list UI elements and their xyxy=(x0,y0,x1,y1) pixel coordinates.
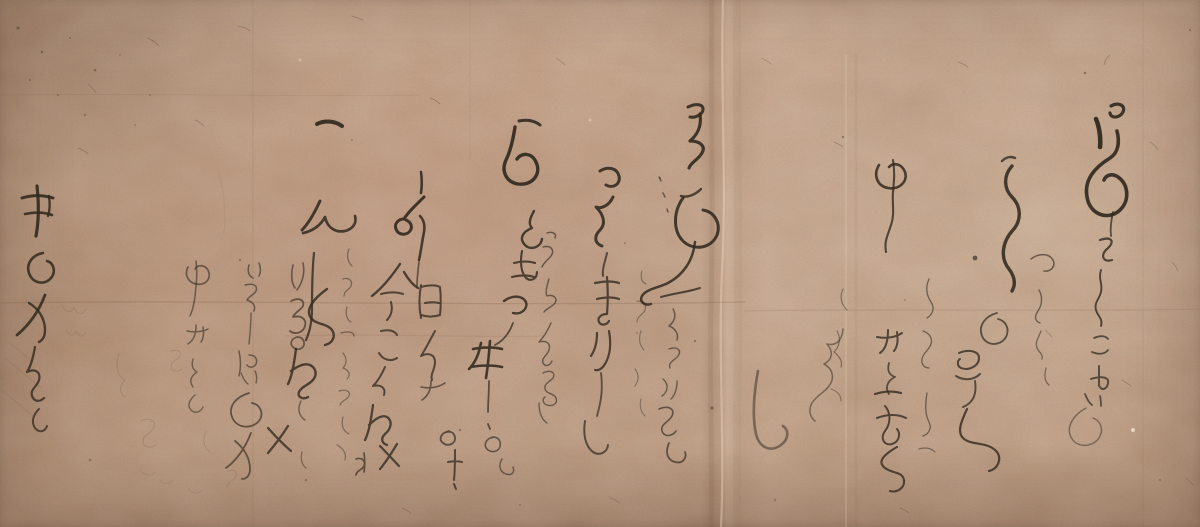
ink-speckle xyxy=(84,114,86,116)
ink-speckle xyxy=(1159,479,1161,481)
ink-speckle xyxy=(94,69,97,72)
crease-line xyxy=(710,0,712,527)
ink-speckle xyxy=(519,504,521,506)
ink-speckle xyxy=(1189,29,1191,31)
ink-speckle xyxy=(694,340,696,342)
white-speck xyxy=(1131,428,1135,432)
ink-speckle xyxy=(624,242,626,244)
ink-speckle xyxy=(134,124,136,126)
ink-speckle xyxy=(29,79,31,81)
ink-speckle xyxy=(459,429,461,431)
ink-speckle xyxy=(774,499,776,501)
ink-speckle xyxy=(17,27,20,30)
ink-speckle xyxy=(1084,72,1087,75)
ink-speckle xyxy=(351,139,353,141)
crease-line xyxy=(737,0,738,527)
white-speck xyxy=(299,59,302,62)
ink-speckle xyxy=(710,406,713,409)
paper-grain-texture xyxy=(0,0,1200,527)
ink-speckle xyxy=(57,94,59,96)
ink-speckle xyxy=(41,51,43,53)
ink-speckle xyxy=(89,459,92,462)
ink-speckle xyxy=(239,259,241,261)
ink-speckle xyxy=(973,256,978,261)
ink-speckle xyxy=(636,332,638,334)
calligraphy-layer xyxy=(0,0,1200,527)
ink-speckle xyxy=(305,479,308,482)
white-speck xyxy=(589,119,592,122)
ink-speckle xyxy=(119,54,121,56)
ink-speckle xyxy=(842,136,844,138)
ink-speckle xyxy=(149,94,151,96)
brush-stroke xyxy=(421,172,422,193)
manuscript-photo xyxy=(0,0,1200,527)
ink-speckle xyxy=(904,299,906,301)
ink-speckle xyxy=(69,37,71,39)
